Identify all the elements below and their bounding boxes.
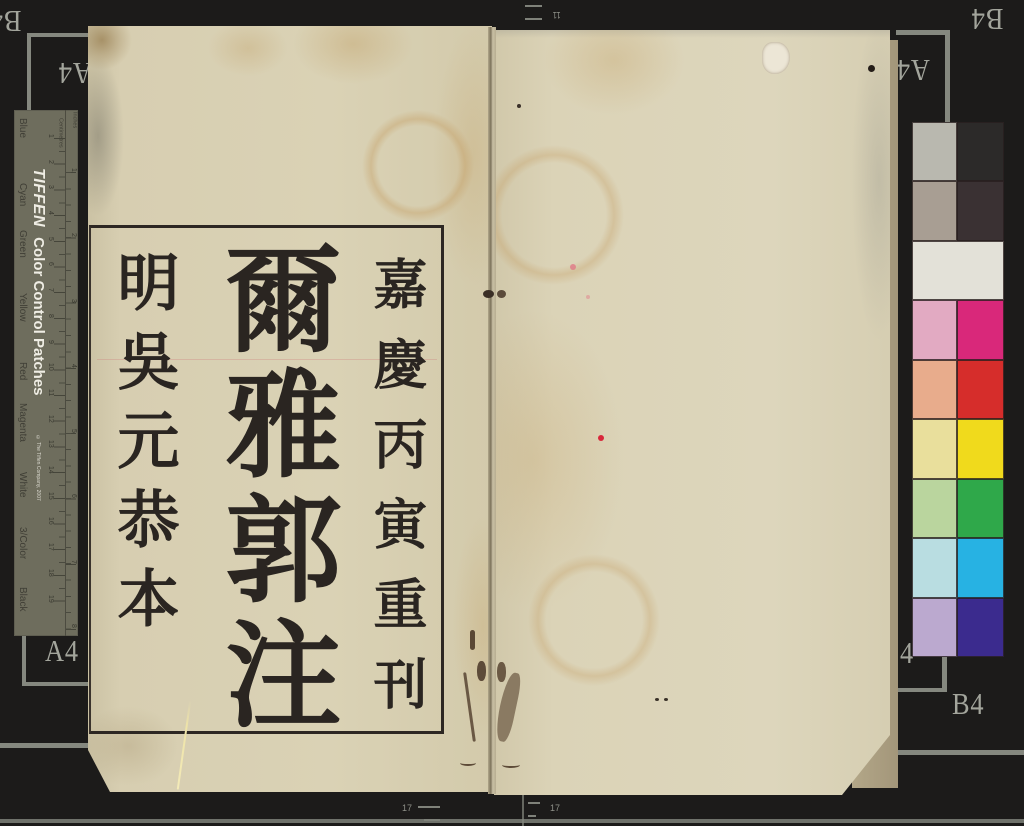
color-patch-chart	[912, 122, 1004, 657]
strip-color-name-3color: 3/Color	[17, 527, 27, 559]
frame-line-left-top-horizontal	[27, 33, 89, 37]
ruler-inch-number: 8	[70, 624, 77, 628]
book-spine-crease	[488, 27, 496, 794]
book-title-text: 爾雅郭注	[216, 239, 332, 739]
scale-dash	[528, 802, 540, 804]
damage-squiggle	[460, 760, 476, 766]
patch-cyan	[957, 538, 1004, 597]
ruler-cm-number: 5	[47, 237, 54, 241]
patch-yellow	[957, 419, 1004, 478]
ruler-cm-number: 13	[47, 440, 54, 448]
ruler-cm-number: 9	[47, 340, 54, 344]
patch-light-red	[912, 360, 957, 419]
scale-mark-bottom-left: 17	[402, 804, 412, 813]
small-dot	[655, 698, 659, 701]
patch-dark-brown	[957, 181, 1004, 240]
ruler-cm-number: 8	[47, 314, 54, 318]
ruler-inch-number: 5	[70, 429, 77, 433]
patch-light-cyan	[912, 538, 957, 597]
ruler-cm-number: 3	[47, 185, 54, 189]
tiffen-logo: TIFFEN	[30, 168, 47, 227]
strip-title-text: Color Control Patches	[30, 237, 47, 395]
frame-tick-bottom-center	[522, 793, 524, 826]
frame-line-left-long	[0, 743, 88, 748]
frame-line-right-bottom-vertical	[942, 657, 947, 692]
edition-date-text: 嘉慶丙寅重刊	[370, 256, 424, 736]
board-label-top-right-a4: A4	[896, 55, 930, 86]
damage-hole	[477, 661, 486, 681]
ruler-cm-number: 2	[47, 160, 54, 164]
board-label-bottom-left-a4: A4	[45, 635, 79, 666]
frame-line-left-top-vertical	[27, 33, 31, 110]
board-label-bottom-right-b4: B4	[952, 688, 984, 719]
red-ink-spot	[598, 435, 604, 441]
ruler-cm-number: 14	[47, 466, 54, 474]
scale-dash	[528, 815, 536, 817]
patch-red	[957, 360, 1004, 419]
board-label-top-left-b4: B4	[0, 6, 21, 37]
ruler-inch-number: 7	[70, 560, 77, 564]
ruler-cm-number: 1	[47, 134, 54, 138]
ruler-half-cm-ticks	[59, 151, 65, 611]
frame-line-right-bottom-horizontal	[897, 688, 947, 692]
scale-dash	[424, 819, 440, 821]
patch-light-magenta	[912, 300, 957, 359]
ruler-inch-number: 2	[70, 233, 77, 237]
ruler-cm-number: 11	[47, 389, 54, 396]
patch-dark-gray	[957, 122, 1004, 181]
ruler-cm-number: 18	[47, 569, 54, 577]
strip-color-name-green: Green	[17, 230, 27, 258]
frame-line-right-top-horizontal	[896, 30, 950, 35]
scale-mark-top: 11	[553, 10, 561, 19]
strip-color-name-yellow: Yellow	[17, 293, 27, 322]
board-label-top-right-b4: B4	[971, 4, 1003, 35]
frame-line-bottom	[0, 819, 1024, 823]
patch-light-gray	[912, 122, 957, 181]
binding-hole	[483, 290, 494, 298]
ruler-cm-number: 10	[47, 363, 54, 371]
strip-title: TIFFEN Color Control Patches	[30, 168, 46, 396]
patch-light-yellow	[912, 419, 957, 478]
ruler-cm-number: 17	[47, 543, 54, 551]
pink-ink-spot	[586, 295, 590, 299]
scale-mark-bottom-right: 17	[550, 804, 560, 813]
damage-sliver	[470, 630, 475, 650]
book-page-right	[494, 30, 890, 795]
book-cover-title-page: 嘉慶丙寅重刊 爾雅郭注 明吳元恭本	[88, 26, 492, 792]
ruler-cm-number: 6	[47, 262, 54, 266]
ruler-cm-number: 15	[47, 492, 54, 500]
scale-dash	[525, 18, 542, 20]
pink-ink-spot	[570, 264, 576, 270]
patch-magenta	[957, 300, 1004, 359]
frame-line-left-bottom-vertical	[22, 636, 26, 686]
ruler-inch-number: 1	[70, 168, 77, 172]
source-edition-text: 明吳元恭本	[112, 250, 174, 645]
damage-hole	[497, 662, 506, 682]
ruler-cm-number: 12	[47, 415, 54, 423]
strip-color-name-cyan: Cyan	[17, 183, 27, 206]
board-label-top-left-a4: A4	[58, 58, 92, 89]
small-dot	[664, 698, 668, 701]
ruler-cm-number: 19	[47, 595, 54, 603]
frame-line-right-long	[897, 750, 1024, 755]
strip-color-name-black: Black	[17, 587, 27, 611]
scale-dash	[418, 806, 440, 808]
ruler-inch-number: 6	[70, 494, 77, 498]
frame-line-left-bottom-horizontal	[22, 682, 88, 686]
strip-color-name-magenta: Magenta	[17, 403, 27, 442]
strip-color-name-white: White	[17, 472, 27, 498]
scan-scene: B4 A4 A4 B4 A4 4 B4 11 17 17 Blue Cyan G…	[0, 0, 1024, 826]
title-frame: 嘉慶丙寅重刊 爾雅郭注 明吳元恭本	[89, 225, 444, 734]
damage-squiggle	[502, 762, 520, 768]
tiffen-color-control-strip: Blue Cyan Green Yellow Red Magenta White…	[14, 110, 78, 636]
scale-dash	[525, 5, 542, 7]
ruler-cm-number: 4	[47, 211, 54, 215]
small-dot	[517, 104, 521, 108]
binding-hole	[497, 290, 506, 298]
patch-light-blue	[912, 598, 957, 657]
ruler-inch-number: 3	[70, 299, 77, 303]
patch-light-green	[912, 479, 957, 538]
worm-hole	[868, 65, 875, 72]
ruler-cm-number: 16	[47, 517, 54, 525]
patch-warm-gray	[912, 181, 957, 240]
ruler-cm-number: 7	[47, 288, 54, 292]
strip-color-name-blue: Blue	[17, 118, 27, 138]
patch-white	[912, 241, 1004, 300]
strip-color-name-red: Red	[17, 362, 27, 380]
frame-line-right-top-vertical	[945, 30, 950, 122]
strip-copyright: © The Tiffen Company, 2007	[35, 435, 40, 501]
scale-label-inches: Inches	[71, 112, 77, 128]
patch-green	[957, 479, 1004, 538]
patch-blue	[957, 598, 1004, 657]
ruler-inch-number: 4	[70, 364, 77, 368]
